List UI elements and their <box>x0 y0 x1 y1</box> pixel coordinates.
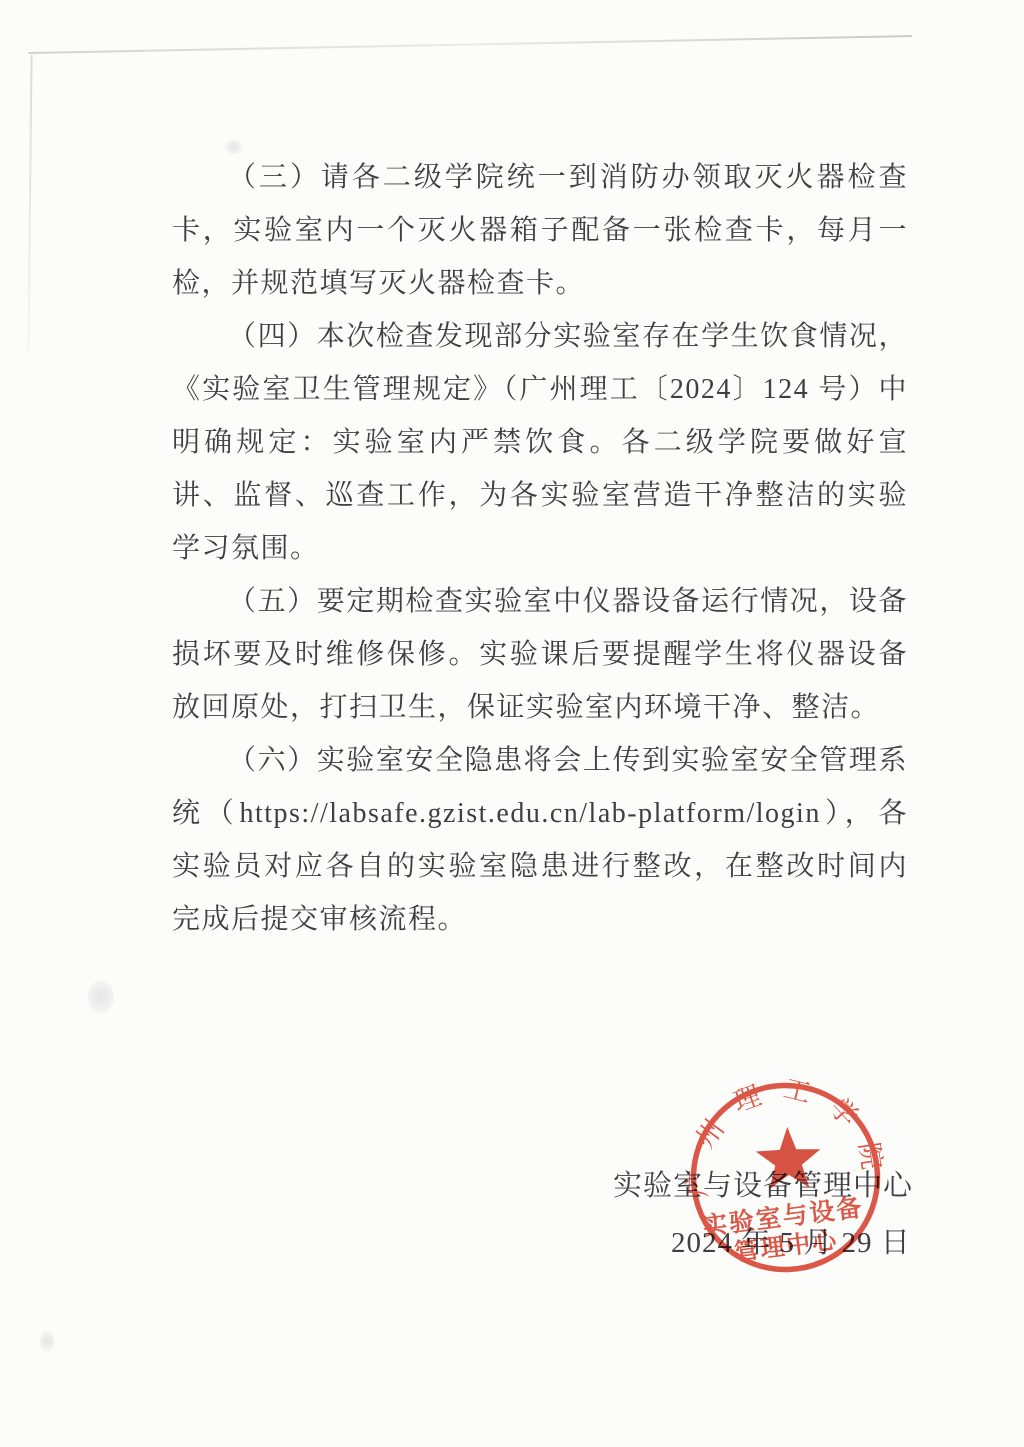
official-seal: 广州理工学院 实验室与设备 管理中心 <box>679 1071 891 1283</box>
seal-star-icon <box>755 1126 822 1190</box>
paragraph-item-5: （五）要定期检查实验室中仪器设备运行情况，设备损坏要及时维修保修。实验课后要提醒… <box>172 575 908 734</box>
document-page: （三）请各二级学院统一到消防办领取灭火器检查卡，实验室内一个灭火器箱子配备一张检… <box>0 0 1024 1447</box>
scan-edge-shadow-left <box>27 55 32 355</box>
paragraph-item-3: （三）请各二级学院统一到消防办领取灭火器检查卡，实验室内一个灭火器箱子配备一张检… <box>172 151 908 310</box>
scan-smudge <box>40 1330 54 1352</box>
document-body: （三）请各二级学院统一到消防办领取灭火器检查卡，实验室内一个灭火器箱子配备一张检… <box>172 151 908 946</box>
scan-edge-shadow-top <box>28 35 912 54</box>
paragraph-item-6: （六）实验室安全隐患将会上传到实验室安全管理系统（https://labsafe… <box>172 734 908 946</box>
scan-smudge <box>88 980 114 1014</box>
paragraph-item-4: （四）本次检查发现部分实验室存在学生饮食情况，《实验室卫生管理规定》（广州理工〔… <box>172 310 908 575</box>
